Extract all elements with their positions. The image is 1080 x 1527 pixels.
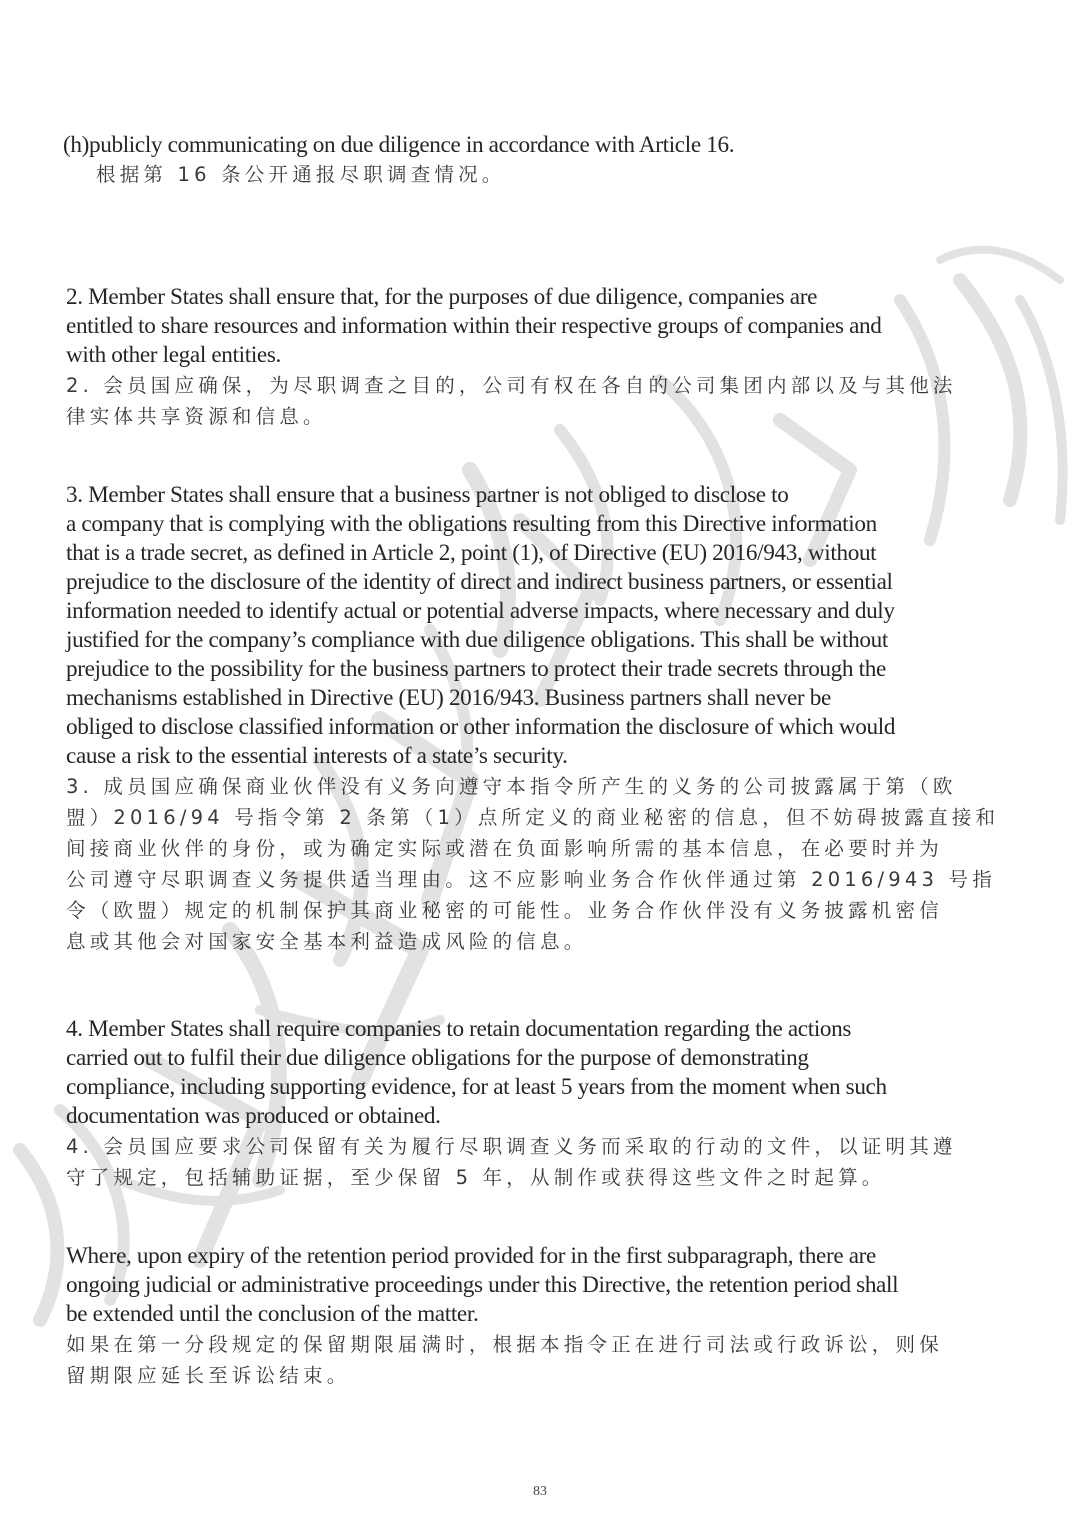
english-text: that is a trade secret, as defined in Ar… xyxy=(66,539,999,568)
english-text: 4. Member States shall require companies… xyxy=(66,1015,957,1044)
chinese-text: 如果在第一分段规定的保留期限届满时，根据本指令正在进行司法或行政诉讼，则保 xyxy=(66,1329,943,1360)
english-text: (h)publicly communicating on due diligen… xyxy=(63,131,734,160)
english-text: obliged to disclose classified informati… xyxy=(66,713,999,742)
chinese-text: 留期限应延长至诉讼结束。 xyxy=(66,1360,943,1391)
english-text: mechanisms established in Directive (EU)… xyxy=(66,684,999,713)
english-text: prejudice to the possibility for the bus… xyxy=(66,655,999,684)
chinese-text: 3. 成员国应确保商业伙伴没有义务向遵守本指令所产生的义务的公司披露属于第（欧 xyxy=(66,771,999,802)
page-number: 83 xyxy=(0,1484,1080,1500)
chinese-text: 2. 会员国应确保，为尽职调查之目的，公司有权在各自的公司集团内部以及与其他法 xyxy=(66,370,957,401)
english-text: ongoing judicial or administrative proce… xyxy=(66,1271,943,1300)
english-text: be extended until the conclusion of the … xyxy=(66,1300,943,1329)
section-paragraph-4: 4. Member States shall require companies… xyxy=(66,1015,957,1193)
chinese-text: 律实体共享资源和信息。 xyxy=(66,401,957,432)
chinese-text: 公司遵守尽职调查义务提供适当理由。这不应影响业务合作伙伴通过第 2016/943… xyxy=(66,864,999,895)
english-text: 3. Member States shall ensure that a bus… xyxy=(66,481,999,510)
chinese-text: 盟）2016/94 号指令第 2 条第（1）点所定义的商业秘密的信息，但不妨碍披… xyxy=(66,802,999,833)
chinese-text: 间接商业伙伴的身份，或为确定实际或潜在负面影响所需的基本信息，在必要时并为 xyxy=(66,833,999,864)
chinese-text: 守了规定，包括辅助证据，至少保留 5 年，从制作或获得这些文件之时起算。 xyxy=(66,1162,957,1193)
english-text: Where, upon expiry of the retention peri… xyxy=(66,1242,943,1271)
english-text: compliance, including supporting evidenc… xyxy=(66,1073,957,1102)
section-paragraph-3: 3. Member States shall ensure that a bus… xyxy=(66,481,999,957)
english-text: justified for the company’s compliance w… xyxy=(66,626,999,655)
chinese-text: 根据第 16 条公开通报尽职调查情况。 xyxy=(66,159,734,190)
section-paragraph-2: 2. Member States shall ensure that, for … xyxy=(66,283,957,432)
english-text: 2. Member States shall ensure that, for … xyxy=(66,283,957,312)
english-text: information needed to identify actual or… xyxy=(66,597,999,626)
english-text: cause a risk to the essential interests … xyxy=(66,742,999,771)
english-text: carried out to fulfil their due diligenc… xyxy=(66,1044,957,1073)
chinese-text: 4. 会员国应要求公司保留有关为履行尽职调查义务而采取的行动的文件，以证明其遵 xyxy=(66,1131,957,1162)
chinese-text: 息或其他会对国家安全基本利益造成风险的信息。 xyxy=(66,926,999,957)
english-text: prejudice to the disclosure of the ident… xyxy=(66,568,999,597)
section-paragraph-4-subparagraph: Where, upon expiry of the retention peri… xyxy=(66,1242,943,1391)
english-text: entitled to share resources and informat… xyxy=(66,312,957,341)
document-page: (h)publicly communicating on due diligen… xyxy=(0,0,1080,1527)
section-h: (h)publicly communicating on due diligen… xyxy=(66,131,734,190)
english-text: documentation was produced or obtained. xyxy=(66,1102,957,1131)
chinese-text: 令（欧盟）规定的机制保护其商业秘密的可能性。业务合作伙伴没有义务披露机密信 xyxy=(66,895,999,926)
english-text: a company that is complying with the obl… xyxy=(66,510,999,539)
english-text: with other legal entities. xyxy=(66,341,957,370)
